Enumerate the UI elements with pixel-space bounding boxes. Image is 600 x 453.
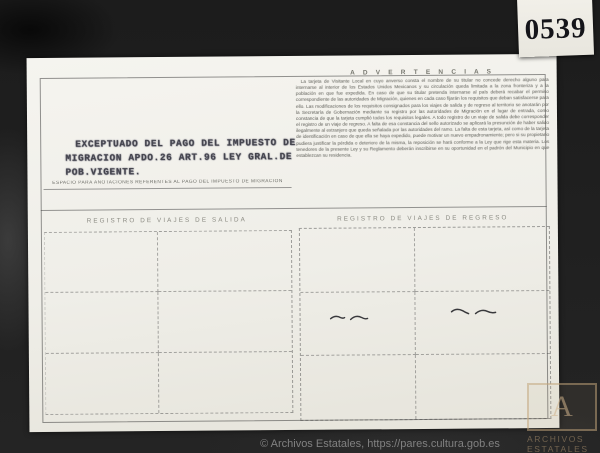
table-cell xyxy=(158,231,291,292)
table-cell xyxy=(301,355,416,420)
stamp-line: MIGRACION APDO.26 ART.96 LEY GRAL.DE xyxy=(65,150,300,166)
advertencias-title: A D V E R T E N C I A S xyxy=(296,68,549,77)
footer-credit: © Archivos Estatales, https://pares.cult… xyxy=(260,438,500,450)
stamp-line: POB.VIGENTE. xyxy=(65,164,300,180)
section-divider xyxy=(41,206,547,211)
salida-table-title: REGISTRO DE VIAJES DE SALIDA xyxy=(43,216,291,228)
regreso-table xyxy=(299,226,552,421)
table-cell xyxy=(159,291,292,352)
table-cell xyxy=(45,292,159,353)
table-cell xyxy=(415,291,550,356)
watermark-letter: A xyxy=(551,392,573,422)
table-cell xyxy=(46,353,160,414)
watermark-name-line: ESTATALES xyxy=(527,444,589,453)
advertencias-body: La tarjeta de Visitante Local en cuyo an… xyxy=(296,77,550,159)
file-number: 0539 xyxy=(524,5,587,46)
watermark-name: ARCHIVOS ESTATALES xyxy=(527,434,600,453)
ink-mark xyxy=(449,305,505,319)
document-sheet: EXCEPTUADO DEL PAGO DEL IMPUESTO DE MIGR… xyxy=(27,54,560,432)
advertencias-section: A D V E R T E N C I A S La tarjeta de Vi… xyxy=(296,68,550,159)
table-cell xyxy=(300,292,415,357)
table-cell xyxy=(414,227,549,292)
table-cell xyxy=(159,352,292,413)
salida-table xyxy=(44,230,293,415)
corner-watermark: A ARCHIVOS ESTATALES xyxy=(527,383,600,453)
watermark-name-line: ARCHIVOS xyxy=(527,434,584,444)
photo-background: EXCEPTUADO DEL PAGO DEL IMPUESTO DE MIGR… xyxy=(0,0,600,453)
table-cell xyxy=(45,232,159,293)
file-number-slip: 0539 xyxy=(517,0,594,57)
exemption-stamp: EXCEPTUADO DEL PAGO DEL IMPUESTO DE MIGR… xyxy=(65,136,300,180)
regreso-table-title: REGISTRO DE VIAJES DE REGRESO xyxy=(299,214,547,226)
stamp-caption: ESPACIO PARA ANOTACIONES REFERENTES AL P… xyxy=(44,179,292,190)
watermark-logo: A xyxy=(527,383,597,431)
table-cell xyxy=(300,228,415,293)
ink-mark xyxy=(329,310,381,324)
